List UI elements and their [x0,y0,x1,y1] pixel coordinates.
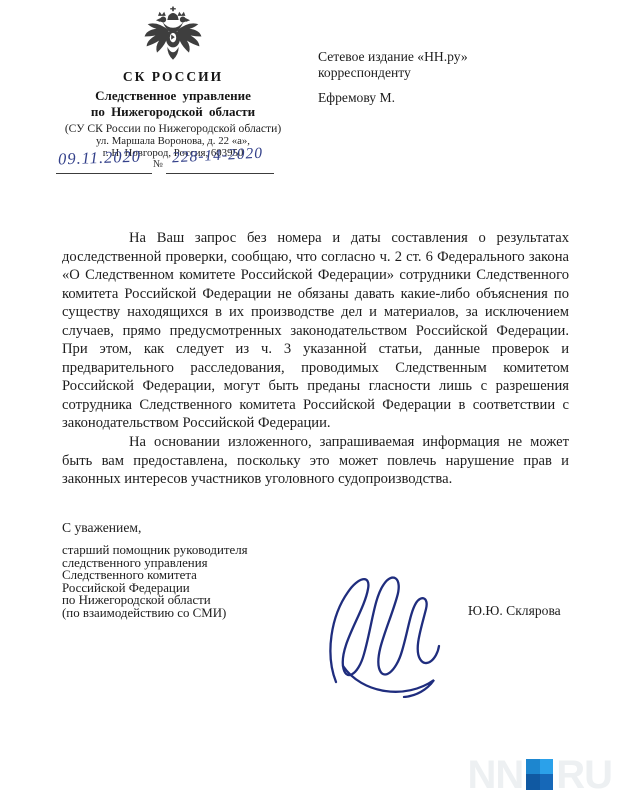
date-underline [56,173,152,174]
recipient-block: Сетевое издание «НН.ру» корреспонденту Е… [318,49,468,106]
handwritten-signature-icon [320,548,450,698]
handwritten-outgoing-number: 228-14-2020 [172,145,264,168]
nnru-logo-right-text: RU [556,755,612,795]
square-quadrant [526,759,540,775]
org-name-short: СК РОССИИ [43,69,303,85]
body-paragraph-1: На Ваш запрос без номера и даты составле… [62,229,569,433]
org-name-line1: Следственное управление [43,88,303,104]
salutation: С уважением, [62,520,141,536]
position-line: (по взаимодействию со СМИ) [62,607,248,620]
body-paragraph-2: На основании изложенного, запрашиваемая … [62,433,569,489]
letterhead: СК РОССИИ Следственное управление по Ниж… [43,6,303,160]
letter-body: На Ваш запрос без номера и даты составле… [62,229,569,489]
org-abbreviation: (СУ СК России по Нижегородской области) [43,122,303,135]
coat-of-arms-eagle-icon [142,6,204,64]
square-quadrant [526,774,540,790]
nnru-logo: NN RU [467,755,612,795]
signer-position-block: старший помощник руководителя следственн… [62,544,248,619]
square-quadrant [540,759,554,775]
org-name-line2: по Нижегородской области [43,104,303,120]
recipient-organization: Сетевое издание «НН.ру» [318,49,468,65]
number-sign-label: № [153,159,163,170]
handwritten-date: 09.11.2020 [58,147,142,170]
nnru-logo-left-text: NN [467,755,523,795]
scanned-letter-page: СК РОССИИ Следственное управление по Ниж… [0,0,620,800]
recipient-name: Ефремову М. [318,90,468,106]
signature-strokes [330,578,439,697]
spacer [318,80,468,90]
number-underline [166,173,274,174]
nnru-logo-square-icon [526,759,553,790]
org-address-street: ул. Маршала Воронова, д. 22 «а», [43,135,303,147]
position-line: старший помощник руководителя [62,544,248,557]
position-line: по Нижегородской области [62,594,248,607]
signer-name: Ю.Ю. Склярова [468,603,561,619]
recipient-role: корреспонденту [318,65,468,81]
position-line: Следственного комитета [62,569,248,582]
square-quadrant [540,774,554,790]
